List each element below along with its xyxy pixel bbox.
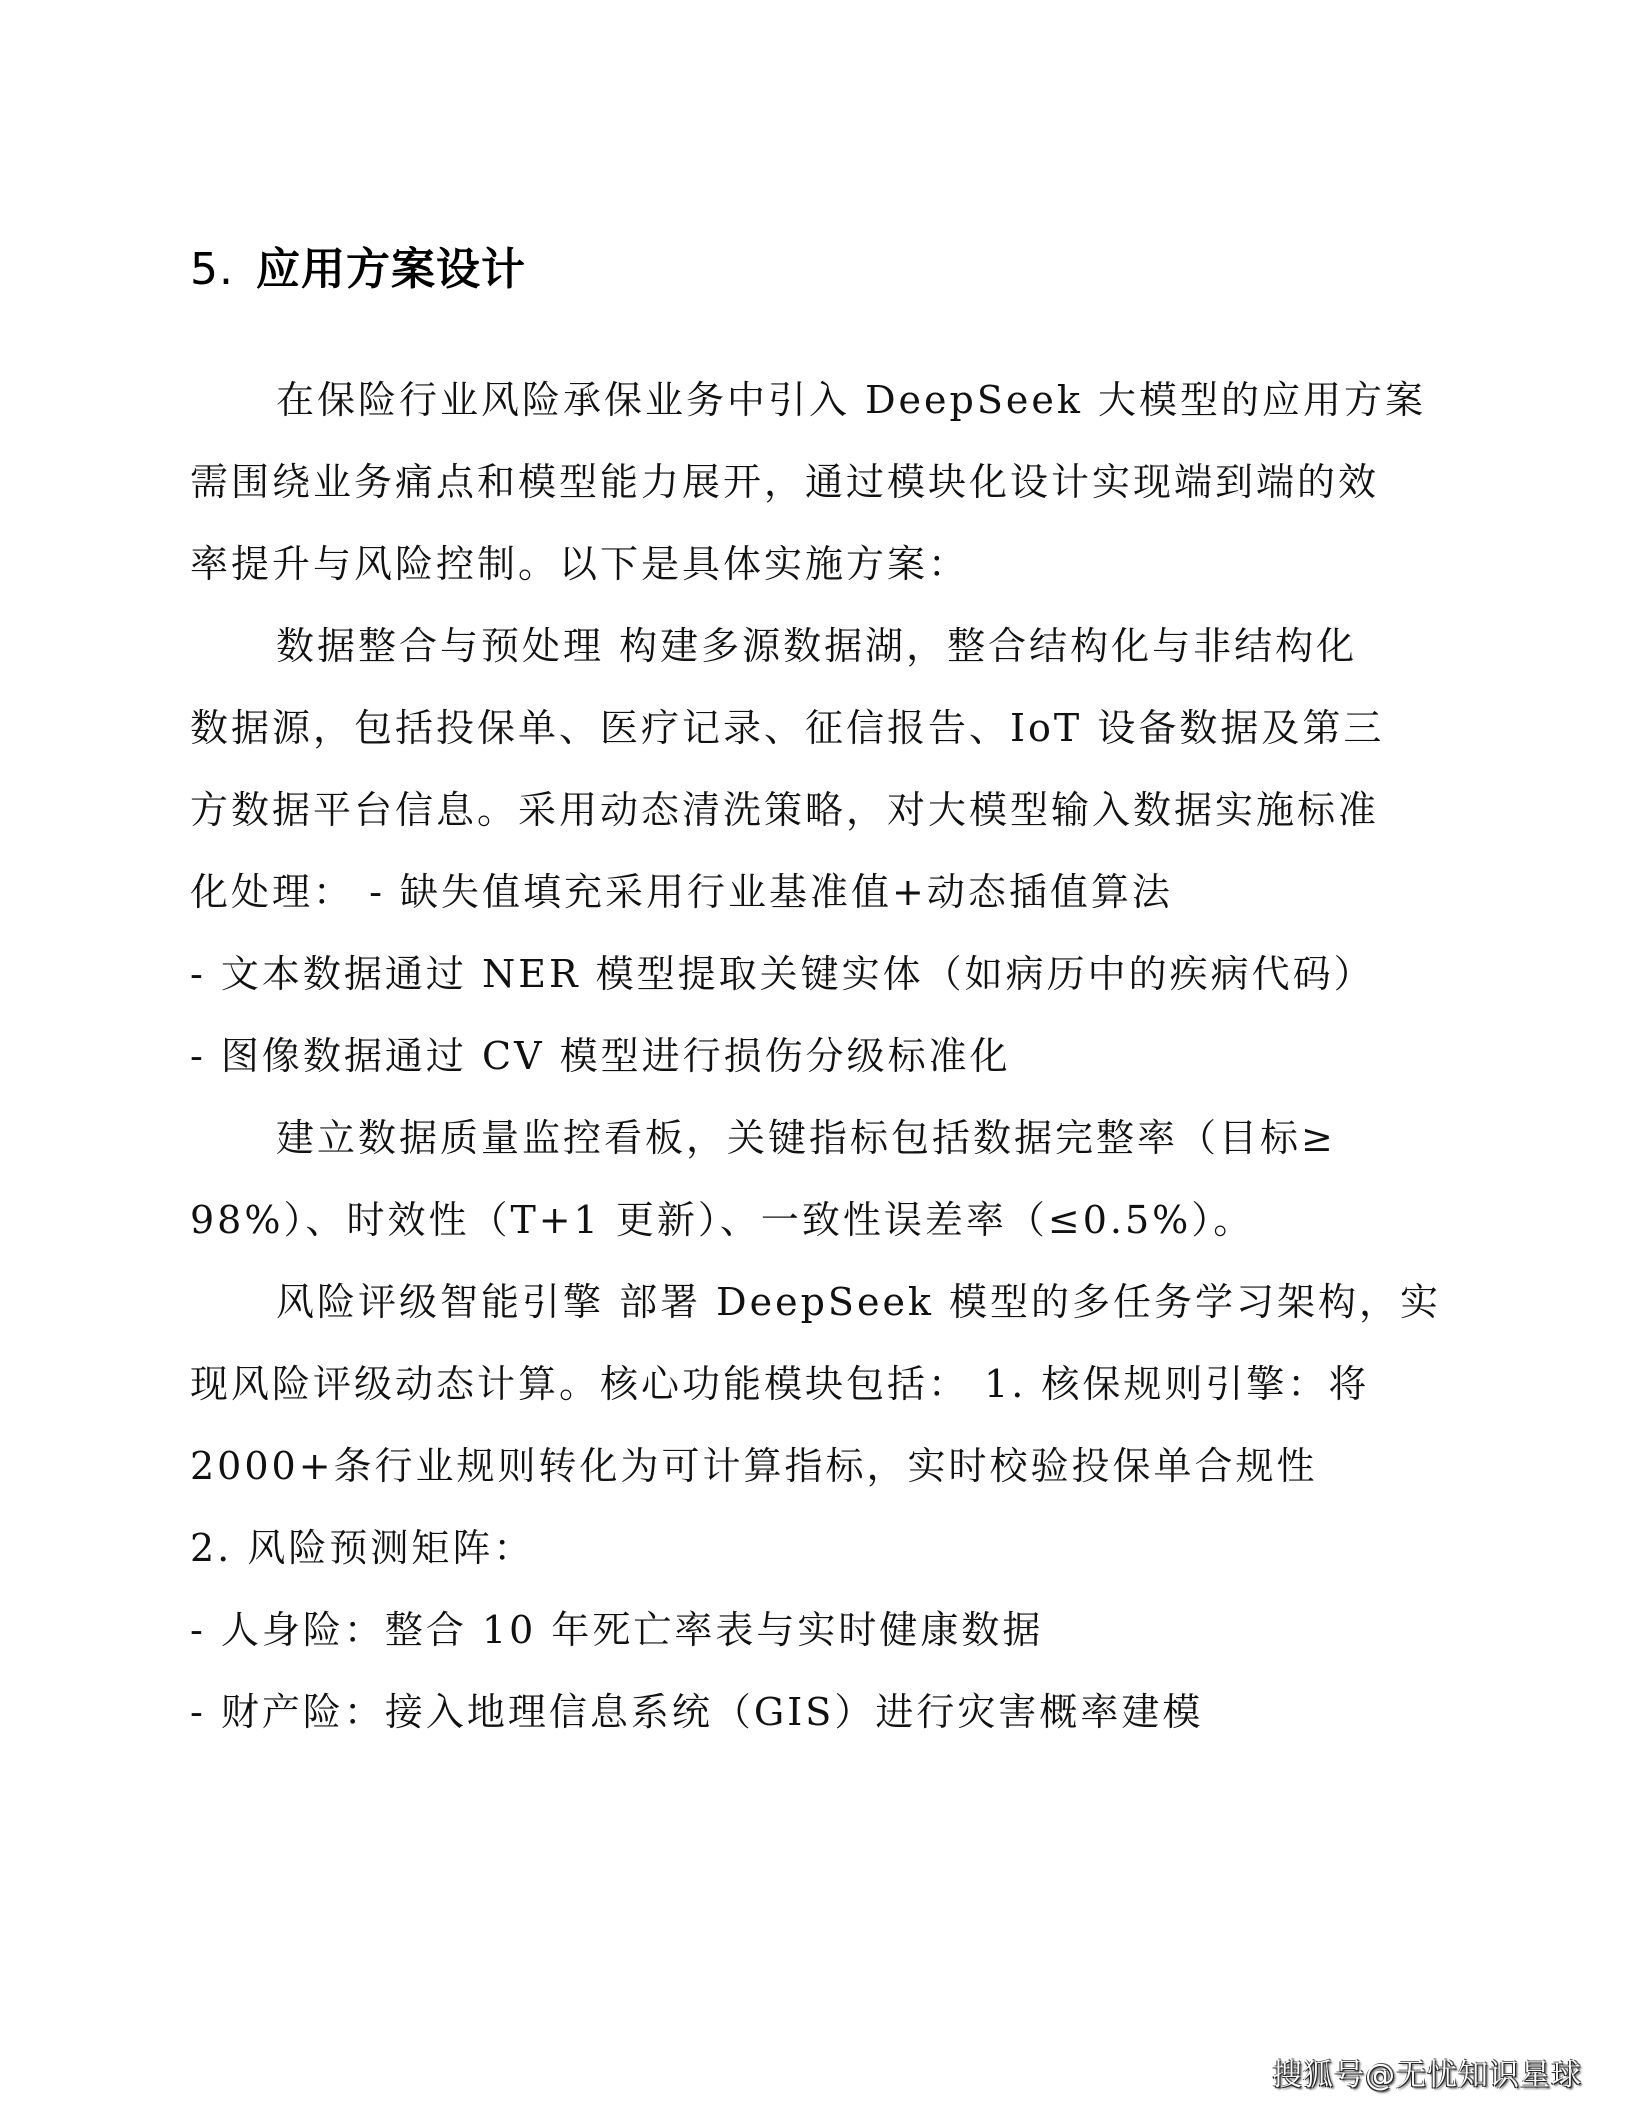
- list-item: - 图像数据通过 CV 模型进行损伤分级标准化: [190, 1025, 1450, 1107]
- document-page: 5.应用方案设计 在保险行业风险承保业务中引入 DeepSeek 大模型的应用方…: [0, 0, 1632, 2112]
- text-line: 数据整合与预处理 构建多源数据湖，整合结构化与非结构化: [190, 615, 1450, 697]
- watermark: 搜狐号@无忧知识星球: [1272, 2050, 1582, 2094]
- list-item: - 文本数据通过 NER 模型提取关键实体（如病历中的疾病代码）: [190, 943, 1450, 1025]
- text-line: 需围绕业务痛点和模型能力展开，通过模块化设计实现端到端的效: [190, 451, 1450, 533]
- section-number: 5.: [190, 244, 234, 295]
- text-line: 建立数据质量监控看板，关键指标包括数据完整率（目标≥: [190, 1107, 1450, 1189]
- text-line: 风险评级智能引擎 部署 DeepSeek 模型的多任务学习架构，实: [190, 1271, 1450, 1353]
- text-line: 现风险评级动态计算。核心功能模块包括： 1. 核保规则引擎：将: [190, 1353, 1450, 1435]
- section-heading: 5.应用方案设计: [190, 240, 526, 300]
- list-item: 2. 风险预测矩阵：: [190, 1517, 1450, 1599]
- text-line: 在保险行业风险承保业务中引入 DeepSeek 大模型的应用方案: [190, 369, 1450, 451]
- text-line: 98%）、时效性（T+1 更新）、一致性误差率（≤0.5%）。: [190, 1189, 1450, 1271]
- text-line: 数据源，包括投保单、医疗记录、征信报告、IoT 设备数据及第三: [190, 697, 1450, 779]
- section-title: 应用方案设计: [256, 244, 526, 295]
- text-line: 方数据平台信息。采用动态清洗策略，对大模型输入数据实施标准: [190, 779, 1450, 861]
- list-item: - 财产险：接入地理信息系统（GIS）进行灾害概率建模: [190, 1681, 1450, 1763]
- text-line: 2000+条行业规则转化为可计算指标，实时校验投保单合规性: [190, 1435, 1450, 1517]
- list-item: - 人身险：整合 10 年死亡率表与实时健康数据: [190, 1599, 1450, 1681]
- body-text: 在保险行业风险承保业务中引入 DeepSeek 大模型的应用方案 需围绕业务痛点…: [190, 369, 1450, 1763]
- text-line: 化处理： - 缺失值填充采用行业基准值+动态插值算法: [190, 861, 1450, 943]
- text-line: 率提升与风险控制。以下是具体实施方案：: [190, 533, 1450, 615]
